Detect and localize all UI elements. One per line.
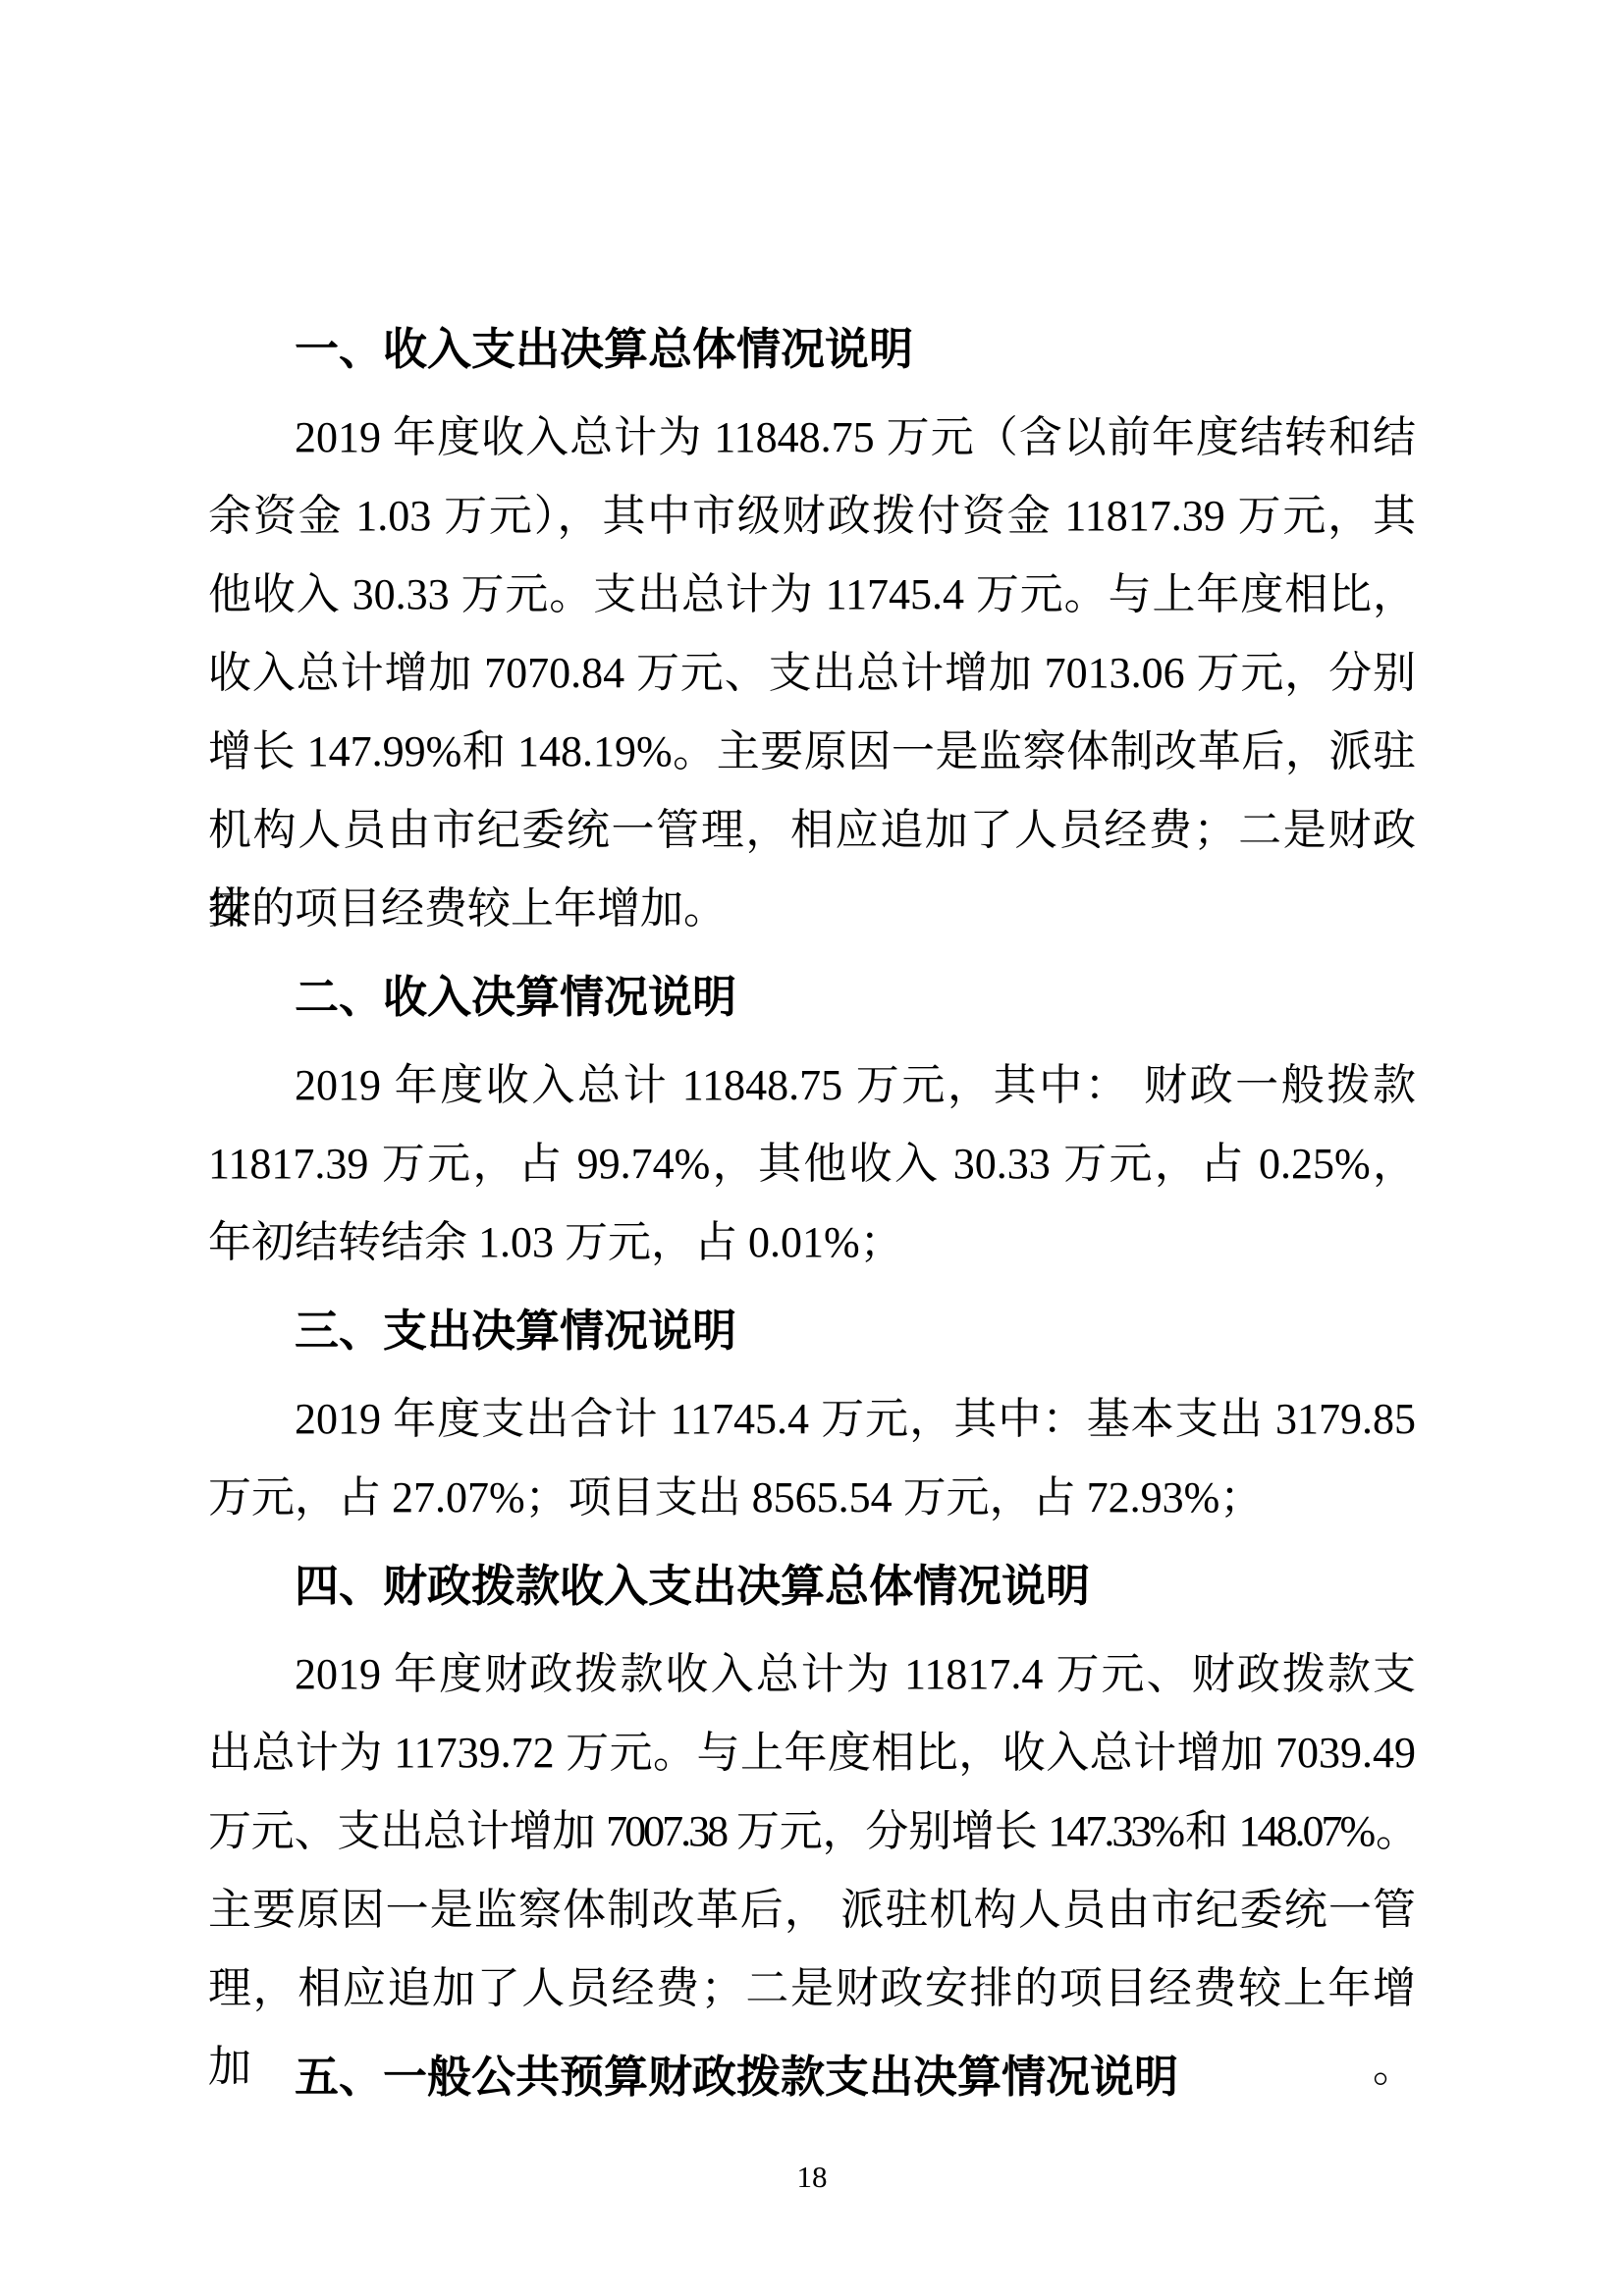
body-line: 理，相应追加了人员经费；二是财政安排的项目经费较上年增加。 [208, 1949, 1416, 2028]
body-line: 他收入 30.33 万元。支出总计为 11745.4 万元。与上年度相比， [208, 556, 1416, 634]
body-line: 机构人员由市纪委统一管理，相应追加了人员经费；二是财政安 [208, 791, 1416, 870]
document-page: { "doc": { "blocks": [ { "text": "一、收入支出… [0, 0, 1624, 2296]
body-line: 排的项目经费较上年增加。 [208, 870, 1416, 948]
body-line: 2019 年度财政拨款收入总计为 11817.4 万元、财政拨款支 [208, 1635, 1416, 1714]
body-line: 2019 年度收入总计为 11848.75 万元（含以前年度结转和结 [208, 399, 1416, 477]
body-line: 余资金 1.03 万元），其中市级财政拨付资金 11817.39 万元，其 [208, 477, 1416, 556]
body-line: 万元、支出总计增加 7007.38 万元，分别增长 147.33%和 148.0… [208, 1792, 1416, 1871]
body-line: 收入总计增加 7070.84 万元、支出总计增加 7013.06 万元，分别 [208, 634, 1416, 713]
body-line: 2019 年度收入总计 11848.75 万元，其中： 财政一般拨款 [208, 1046, 1416, 1125]
page-number: 18 [0, 2158, 1624, 2197]
heading-section-2: 二、收入决算情况说明 [208, 958, 1416, 1037]
body-line: 主要原因一是监察体制改革后， 派驻机构人员由市纪委统一管 [208, 1871, 1416, 1949]
body-line: 2019 年度支出合计 11745.4 万元，其中：基本支出 3179.85 [208, 1380, 1416, 1459]
heading-section-1: 一、收入支出决算总体情况说明 [208, 310, 1416, 389]
body-line: 万元，占 27.07%；项目支出 8565.54 万元，占 72.93%； [208, 1459, 1416, 1537]
body-line: 增长 147.99%和 148.19%。主要原因一是监察体制改革后，派驻 [208, 713, 1416, 791]
document-body: 一、收入支出决算总体情况说明 2019 年度收入总计为 11848.75 万元（… [208, 300, 1416, 2126]
heading-section-4: 四、财政拨款收入支出决算总体情况说明 [208, 1547, 1416, 1626]
heading-section-3: 三、支出决算情况说明 [208, 1292, 1416, 1370]
body-line: 出总计为 11739.72 万元。与上年度相比，收入总计增加 7039.49 [208, 1714, 1416, 1792]
body-line: 11817.39 万元，占 99.74%，其他收入 30.33 万元，占 0.2… [208, 1125, 1416, 1203]
body-line: 年初结转结余 1.03 万元，占 0.01%； [208, 1203, 1416, 1282]
